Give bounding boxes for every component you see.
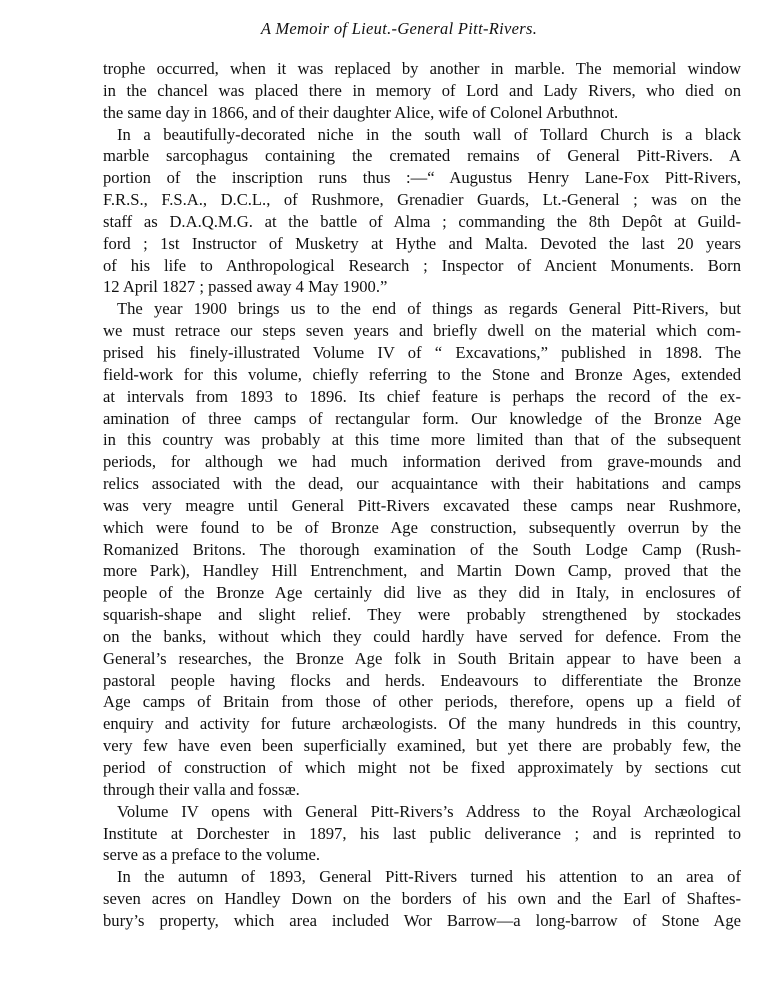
text-line: Volume IV opens with General Pitt-Rivers… bbox=[103, 801, 741, 823]
text-line: in this country was probably at this tim… bbox=[103, 429, 741, 451]
text-line: at intervals from 1893 to 1896. Its chie… bbox=[103, 386, 741, 408]
text-line: through their valla and fossæ. bbox=[103, 779, 741, 801]
text-line: on the banks, without which they could h… bbox=[103, 626, 741, 648]
book-page: A Memoir of Lieut.-General Pitt-Rivers. … bbox=[0, 0, 768, 997]
text-line: period of construction of which might no… bbox=[103, 757, 741, 779]
text-line: of his life to Anthropological Research … bbox=[103, 255, 741, 277]
body-text: trophe occurred, when it was replaced by… bbox=[103, 58, 741, 932]
text-line: Institute at Dorchester in 1897, his las… bbox=[103, 823, 741, 845]
text-line: ford ; 1st Instructor of Musketry at Hyt… bbox=[103, 233, 741, 255]
text-line: relics associated with the dead, our acq… bbox=[103, 473, 741, 495]
text-line: Age camps of Britain from those of other… bbox=[103, 691, 741, 713]
running-header: A Memoir of Lieut.-General Pitt-Rivers. bbox=[0, 19, 768, 39]
text-line: squarish-shape and slight relief. They w… bbox=[103, 604, 741, 626]
text-line: which were found to be of Bronze Age con… bbox=[103, 517, 741, 539]
text-line: serve as a preface to the volume. bbox=[103, 844, 741, 866]
text-line: very few have even been superficially ex… bbox=[103, 735, 741, 757]
text-line: amination of three camps of rectangular … bbox=[103, 408, 741, 430]
text-line: bury’s property, which area included Wor… bbox=[103, 910, 741, 932]
text-line: General’s researches, the Bronze Age fol… bbox=[103, 648, 741, 670]
text-line: In a beautifully-decorated niche in the … bbox=[103, 124, 741, 146]
text-line: the same day in 1866, and of their daugh… bbox=[103, 102, 741, 124]
text-line: in the chancel was placed there in memor… bbox=[103, 80, 741, 102]
text-line: trophe occurred, when it was replaced by… bbox=[103, 58, 741, 80]
text-line: marble sarcophagus containing the cremat… bbox=[103, 145, 741, 167]
text-line: was very meagre until General Pitt-River… bbox=[103, 495, 741, 517]
text-line: prised his finely-illustrated Volume IV … bbox=[103, 342, 741, 364]
text-line: Romanized Britons. The thorough examinat… bbox=[103, 539, 741, 561]
text-line: field-work for this volume, chiefly refe… bbox=[103, 364, 741, 386]
text-line: pastoral people having flocks and herds.… bbox=[103, 670, 741, 692]
text-line: seven acres on Handley Down on the borde… bbox=[103, 888, 741, 910]
text-line: F.R.S., F.S.A., D.C.L., of Rushmore, Gre… bbox=[103, 189, 741, 211]
text-line: staff as D.A.Q.M.G. at the battle of Alm… bbox=[103, 211, 741, 233]
text-line: 12 April 1827 ; passed away 4 May 1900.” bbox=[103, 276, 741, 298]
text-line: more Park), Handley Hill Entrenchment, a… bbox=[103, 560, 741, 582]
text-line: we must retrace our steps seven years an… bbox=[103, 320, 741, 342]
text-line: portion of the inscription runs thus :—“… bbox=[103, 167, 741, 189]
text-line: enquiry and activity for future archæolo… bbox=[103, 713, 741, 735]
text-line: The year 1900 brings us to the end of th… bbox=[103, 298, 741, 320]
text-line: In the autumn of 1893, General Pitt-Rive… bbox=[103, 866, 741, 888]
text-line: periods, for although we had much inform… bbox=[103, 451, 741, 473]
text-line: people of the Bronze Age certainly did l… bbox=[103, 582, 741, 604]
